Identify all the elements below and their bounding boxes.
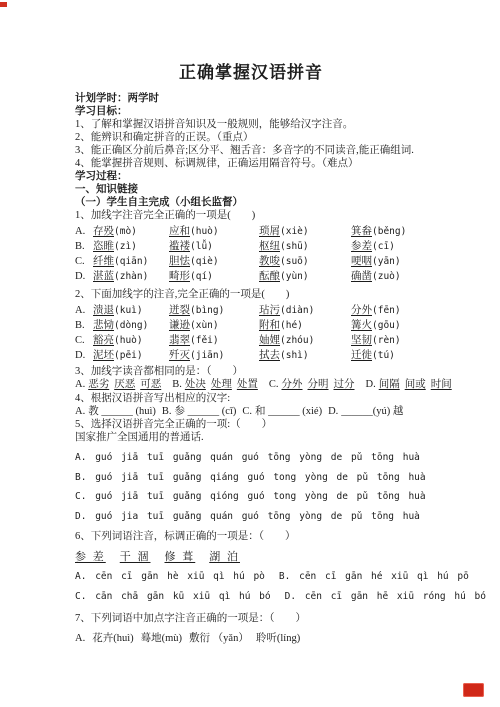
word-item: 谦逊(xùn) xyxy=(169,318,259,333)
word-item: 歼灭(jiān) xyxy=(169,348,259,363)
q4-answer-line: A.教 ______ (huì)B.参 ______ (cī)C.和 _____… xyxy=(75,405,427,419)
word-item: 迁徙(tú) xyxy=(351,348,427,363)
word-item: 酝酿(yùn) xyxy=(259,269,351,284)
q6-option-c: C. cān chā gān kū xiū qì hú bó xyxy=(75,587,271,607)
word-item: 豁亮(huò) xyxy=(93,333,169,348)
word-item: 哽咽(yān) xyxy=(351,254,427,269)
q4-seg-c: C.和 ______ (xié) xyxy=(242,406,322,417)
word-item: 敷衍 （yǎn） xyxy=(189,633,249,644)
word-item: 花卉(huì) xyxy=(92,633,133,644)
q5-option-a: A. guó jiā tuī guǎng quán guó tōng yòng … xyxy=(75,448,427,468)
word-item: 参差(cī) xyxy=(351,239,427,254)
q6-option-a: A. cēn cī gān hè xiū qì hú pò xyxy=(75,567,265,587)
q2-row-c: C. 豁亮(huò) 翡翠(fěi) 妯娌(zhóu) 坚韧(rèn) xyxy=(75,333,427,348)
option-label: D. xyxy=(75,348,93,363)
word-item: 溃退(kuì) xyxy=(93,303,169,318)
q2-options: A. 溃退(kuì) 迸裂(bìng) 玷污(diàn) 分外(fēn) B. … xyxy=(75,303,427,363)
q7-stem: 7、下列词语中加点字注音正确的一项是：（ ） xyxy=(75,612,427,625)
word-item: 枢纽(shū) xyxy=(259,239,351,254)
q5-sentence: 国家推广全国通用的普通话. xyxy=(75,431,427,444)
page-title: 正确掌握汉语拼音 xyxy=(75,58,427,83)
word-item: 存殁(mò) xyxy=(93,224,169,239)
q3-stem: 3、加线字读音都相同的是：（ ） xyxy=(75,365,427,378)
word-item: 褴褛(lǚ) xyxy=(169,239,259,254)
word-item: 琐屑(xiè) xyxy=(259,224,351,239)
q4-stem: 4、根据汉语拼音写出相应的汉字: xyxy=(75,392,427,405)
section-heading: 一、知识链接 xyxy=(75,183,427,196)
document-body: 正确掌握汉语拼音 计划学时：两学时 学习目标： 1、了解和掌握汉语拼音知识及一般… xyxy=(75,58,427,646)
q6-option-d: D. cēn cī gān hē xiū róng hú bó xyxy=(285,587,486,607)
process-heading: 学习过程： xyxy=(75,170,427,183)
option-label: A. xyxy=(75,224,93,239)
q6-word-list: 参 差干 涸修 葺湖 泊 xyxy=(75,547,427,567)
goal-item: 2、能辨识和确定拼音的正误。（重点） xyxy=(75,131,427,144)
q1-stem: 1、加线字注音完全正确的一项是( ) xyxy=(75,209,427,222)
q5-stem: 5、选择汉语拼音完全正确的一项:（ ） xyxy=(75,418,427,431)
word-item: 箕畚(běng) xyxy=(351,224,427,239)
q3-group-b: B.处决处理处置 xyxy=(172,379,263,390)
q5-option-c: C. guó jiā tuī guǎng qióng guó tong yòng… xyxy=(75,487,427,507)
option-label: C. xyxy=(75,254,93,269)
q2-stem: 2、下面加线字的注音,完全正确的一项是( ) xyxy=(75,288,427,301)
word-item: 翡翠(fěi) xyxy=(169,333,259,348)
q5-option-d: D. guó jia tuī guǎng quán guó tōng yòng … xyxy=(75,507,427,527)
q1-options: A. 存殁(mò) 应和(huò) 琐屑(xiè) 箕畚(běng) B. 恣睢… xyxy=(75,224,427,284)
q2-row-b: B. 悲恸(dòng) 谦逊(xùn) 附和(hé) 篝火(gōu) xyxy=(75,318,427,333)
option-label: B. xyxy=(75,318,93,333)
q6-options-ab: A. cēn cī gān hè xiū qì hú pò B. cēn cī … xyxy=(75,567,427,587)
q2-row-a: A. 溃退(kuì) 迸裂(bìng) 玷污(diàn) 分外(fēn) xyxy=(75,303,427,318)
option-label: A. xyxy=(75,633,85,644)
option-label: B. xyxy=(75,239,93,254)
word-item: 玷污(diàn) xyxy=(259,303,351,318)
word-item: 拭去(shì) xyxy=(259,348,351,363)
word-item: 教唆(suō) xyxy=(259,254,351,269)
word-item: 分外(fēn) xyxy=(351,303,427,318)
word-item: 畸形(qí) xyxy=(169,269,259,284)
word-item: 纤维(qiān) xyxy=(93,254,169,269)
goal-item: 1、了解和掌握汉语拼音知识及一般规则，能够给汉字注音。 xyxy=(75,118,427,131)
word-item: 蓦地(mù) xyxy=(141,633,182,644)
word-item: 聆听(líng) xyxy=(256,633,300,644)
q1-row-b: B. 恣睢(zì) 褴褛(lǚ) 枢纽(shū) 参差(cī) xyxy=(75,239,427,254)
option-label: C. xyxy=(75,333,93,348)
q1-row-a: A. 存殁(mò) 应和(huò) 琐屑(xiè) 箕畚(běng) xyxy=(75,224,427,239)
q7-option-a: A.花卉(huì)蓦地(mù)敷衍 （yǎn）聆听(líng) xyxy=(75,632,427,646)
q6-options-cd: C. cān chā gān kū xiū qì hú bó D. cēn cī… xyxy=(75,587,427,607)
word-item: 恣睢(zì) xyxy=(93,239,169,254)
word-item: 妯娌(zhóu) xyxy=(259,333,351,348)
subsection-heading: （一）学生自主完成（小组长监督） xyxy=(75,196,427,209)
option-label: D. xyxy=(75,269,93,284)
q4-seg-d: D.______(yú) 越 xyxy=(328,406,403,417)
word-item: 坚韧(rèn) xyxy=(351,333,427,348)
q1-row-d: D. 湛蓝(zhàn) 畸形(qí) 酝酿(yùn) 确凿(zuò) xyxy=(75,269,427,284)
corner-red-mark xyxy=(0,2,7,7)
q6-option-b: B. cēn cī gān hé xiū qì hú pō xyxy=(279,567,469,587)
q3-group-d: D.间隔间或时间 xyxy=(366,379,457,390)
plan-hours-line: 计划学时：两学时 xyxy=(75,92,427,105)
q2-row-d: D. 泥坯(pēi) 歼灭(jiān) 拭去(shì) 迁徙(tú) xyxy=(75,348,427,363)
word-item: 悲恸(dòng) xyxy=(93,318,169,333)
word-item: 迸裂(bìng) xyxy=(169,303,259,318)
watermark-logo xyxy=(463,683,484,697)
word-item: 应和(huò) xyxy=(169,224,259,239)
q6-stem: 6、下列词语注音，标调正确的一项是：（ ） xyxy=(75,530,427,543)
word-item: 泥坯(pēi) xyxy=(93,348,169,363)
q3-options-line: A.恶劣厌恶可恶B.处决处理处置C.分外分明过分D.间隔间或时间 xyxy=(75,378,427,392)
q3-group-c: C.分外分明过分 xyxy=(269,379,360,390)
q1-row-c: C. 纤维(qiān) 胆怯(qiè) 教唆(suō) 哽咽(yān) xyxy=(75,254,427,269)
q4-seg-b: B.参 ______ (cī) xyxy=(162,406,236,417)
q5-option-b: B. guó jiā tuī guǎng qiáng guó tong yòng… xyxy=(75,468,427,488)
word-item: 篝火(gōu) xyxy=(351,318,427,333)
word-item: 附和(hé) xyxy=(259,318,351,333)
option-label: A. xyxy=(75,303,93,318)
goal-item: 3、能正确区分前后鼻音;区分平、翘舌音：多音字的不同读音,能正确组词. xyxy=(75,144,427,157)
word-item: 湛蓝(zhàn) xyxy=(93,269,169,284)
goal-item: 4、能掌握拼音规则、标调规律，正确运用隔音符号。（难点） xyxy=(75,157,427,170)
word-item: 确凿(zuò) xyxy=(351,269,427,284)
q3-group-a: A.恶劣厌恶可恶 xyxy=(75,379,166,390)
goals-heading: 学习目标： xyxy=(75,105,427,118)
word-item: 胆怯(qiè) xyxy=(169,254,259,269)
q4-seg-a: A.教 ______ (huì) xyxy=(75,406,156,417)
worksheet-page: 正确掌握汉语拼音 计划学时：两学时 学习目标： 1、了解和掌握汉语拼音知识及一般… xyxy=(0,0,500,707)
